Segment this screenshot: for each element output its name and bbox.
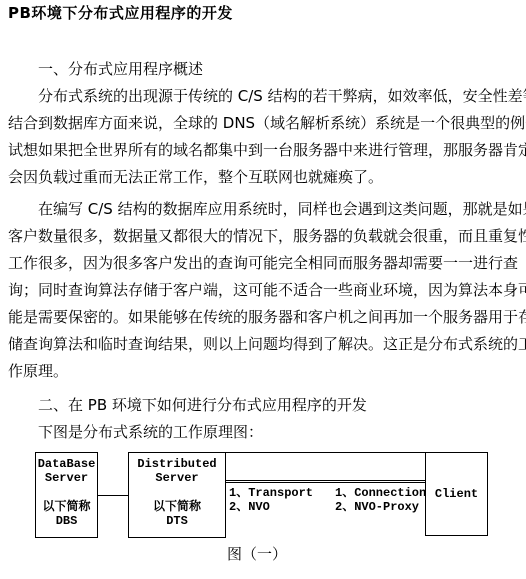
distributed-server-alias-label: 以下简称 [153,500,201,514]
connector-double-line [226,480,425,483]
database-server-alias-label: 以下简称 [42,500,90,514]
paragraph-2-line: 储查询算法和临时查询结果，则以上问题均得到了解决。这正是分布式系统的工 [8,331,526,358]
client-label-connection: 1、Connection [335,486,426,500]
database-server-name: DataBase [38,457,96,471]
database-server-name: Server [45,471,88,485]
client-box: Client [425,452,488,536]
paragraph-1-line: 分布式系统的出现源于传统的 C/S 结构的若干弊病，如效率低，安全性差等， [8,83,526,110]
connector-top-line [226,452,425,453]
section-heading-2: 二、在 PB 环境下如何进行分布式应用程序的开发 [8,392,526,419]
client-side-labels: 1、Connection 2、NVO-Proxy [335,486,426,514]
paragraph-2-line: 询；同时查询算法存储于客户端，这可能不适合一些商业环境，因为算法本身可 [8,277,526,304]
dts-label-transport: 1、Transport [229,486,313,500]
distributed-server-alias: DTS [166,514,188,528]
section-heading-1: 一、分布式应用程序概述 [8,56,526,83]
paragraph-1-line: 结合到数据库方面来说，全球的 DNS（域名解析系统）系统是一个很典型的例子， [8,110,526,137]
paragraph-1-line: 会因负载过重而无法正常工作，整个互联网也就瘫痪了。 [8,164,526,191]
database-server-box: DataBase Server 以下简称 DBS [35,452,98,538]
distributed-server-box: Distributed Server 以下简称 DTS [128,452,226,538]
paragraph-2-line: 作原理。 [8,358,526,385]
client-label: Client [435,487,478,501]
database-server-alias: DBS [56,514,78,528]
paragraph-2: 在编写 C/S 结构的数据库应用系统时，同样也会遇到这类问题，那就是如果 客户数… [8,196,526,385]
paragraph-1: 分布式系统的出现源于传统的 C/S 结构的若干弊病，如效率低，安全性差等， 结合… [8,83,526,191]
distributed-server-name: Server [155,471,198,485]
diagram-intro-line: 下图是分布式系统的工作原理图： [8,419,526,446]
document-title: PB环境下分布式应用程序的开发 [8,3,526,23]
connector-dbs-dts [97,495,128,496]
distributed-server-name: Distributed [137,457,216,471]
paragraph-2-line: 能是需要保密的。如果能够在传统的服务器和客户机之间再加一个服务器用于存 [8,304,526,331]
figure-caption: 图（一） [227,546,287,562]
paragraph-1-line: 试想如果把全世界所有的域名都集中到一台服务器中来进行管理，那服务器肯定 [8,137,526,164]
document-page: PB环境下分布式应用程序的开发 一、分布式应用程序概述 分布式系统的出现源于传统… [0,0,526,579]
client-label-nvo-proxy: 2、NVO-Proxy [335,500,426,514]
paragraph-2-line: 工作很多，因为很多客户发出的查询可能完全相同而服务器却需要一一进行查 [8,250,526,277]
paragraph-2-line: 在编写 C/S 结构的数据库应用系统时，同样也会遇到这类问题，那就是如果 [8,196,526,223]
dts-side-labels: 1、Transport 2、NVO [229,486,313,514]
distributed-system-diagram: DataBase Server 以下简称 DBS Distributed Ser… [0,446,526,579]
paragraph-2-line: 客户数量很多，数据量又都很大的情况下，服务器的负载就会很重，而且重复性 [8,223,526,250]
dts-label-nvo: 2、NVO [229,500,313,514]
